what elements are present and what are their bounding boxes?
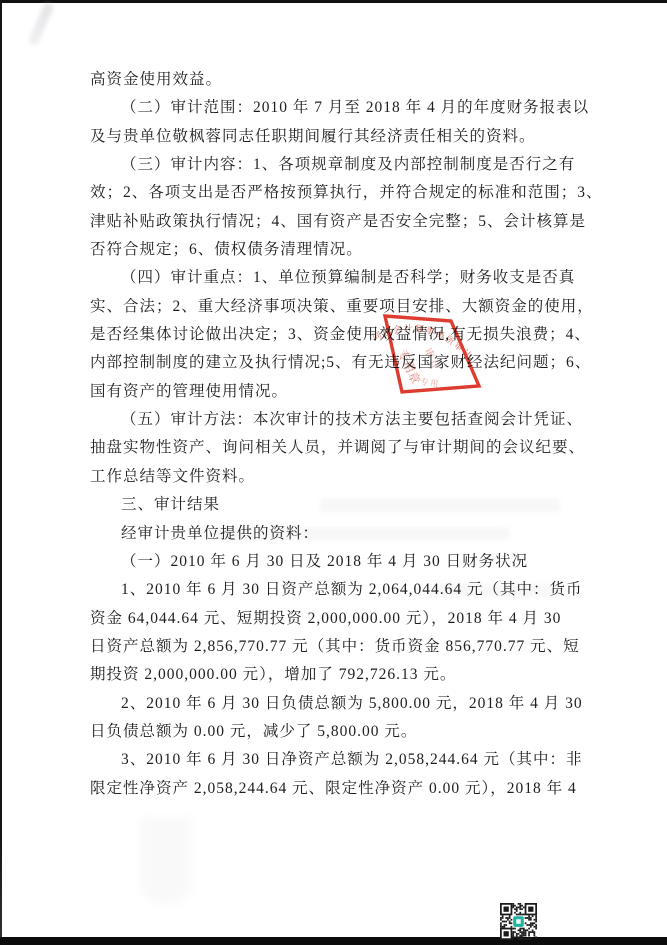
- text-line: 工作总结等文件资料。: [90, 463, 582, 491]
- text-line: 3、2010 年 6 月 30 日净资产总额为 2,058,244.64 元（其…: [90, 746, 582, 774]
- text-line: 限定性净资产 2,058,244.64 元、限定性净资产 0.00 元），201…: [90, 775, 582, 803]
- text-line: （一）2010 年 6 月 30 日及 2018 年 4 月 30 日财务状况: [90, 548, 582, 576]
- text-line: （三）审计内容：1、各项规章制度及内部控制制度是否行之有: [90, 151, 582, 179]
- text-line: 三、审计结果: [90, 491, 582, 519]
- stamp-mid-text2: 审 计: [421, 346, 442, 372]
- text-line: 期投资 2,000,000.00 元），增加了 792,726.13 元。: [90, 661, 582, 689]
- scan-edge-top: [0, 0, 667, 3]
- text-line: 1、2010 年 6 月 30 日资产总额为 2,064,044.64 元（其中…: [90, 576, 582, 604]
- scan-smudge-corner: [27, 2, 54, 46]
- qr-code: [500, 903, 537, 940]
- stamp-bottom-text: 专 用: [420, 376, 439, 388]
- stamp-arc-text: 同建会计师事务所审计专: [350, 295, 475, 362]
- scan-edge-bottom: [0, 937, 667, 945]
- text-line: 否符合规定；6、债权债务清理情况。: [90, 236, 582, 264]
- text-line: （二）审计范围：2010 年 7 月至 2018 年 4 月的年度财务报表以: [90, 94, 582, 122]
- text-line: 津贴补贴政策执行情况；4、国有资产是否安全完整；5、会计核算是: [90, 208, 582, 236]
- text-line: 效；2、各项支出是否严格按预算执行，并符合规定的标准和范围；3、: [90, 179, 582, 207]
- text-line: 2、2010 年 6 月 30 日负债总额为 5,800.00 元，2018 年…: [90, 690, 582, 718]
- text-line: 经审计贵单位提供的资料：: [90, 520, 582, 548]
- text-line: 及与贵单位敬枫蓉同志任职期间履行其经济责任相关的资料。: [90, 123, 582, 151]
- scan-edge-left: [0, 0, 2, 945]
- text-line: 高资金使用效益。: [90, 66, 582, 94]
- scanned-page: 高资金使用效益。（二）审计范围：2010 年 7 月至 2018 年 4 月的年…: [0, 0, 667, 945]
- text-line: 日资产总额为 2,856,770.77 元（其中：货币资金 856,770.77…: [90, 633, 582, 661]
- scan-smudge-bottom: [140, 818, 192, 904]
- text-line: 资金 64,044.64 元、短期投资 2,000,000.00 元），2018…: [90, 605, 582, 633]
- document-body: 高资金使用效益。（二）审计范围：2010 年 7 月至 2018 年 4 月的年…: [90, 66, 582, 803]
- red-audit-stamp: 同建会计师事务所审计专 专用章 审 计 专 用: [350, 295, 515, 415]
- text-line: （四）审计重点：1、单位预算编制是否科学；财务收支是否真: [90, 264, 582, 292]
- text-line: 日负债总额为 0.00 元，减少了 5,800.00 元。: [90, 718, 582, 746]
- text-line: 抽盘实物性资产、询问相关人员，并调阅了与审计期间的会议纪要、: [90, 434, 582, 462]
